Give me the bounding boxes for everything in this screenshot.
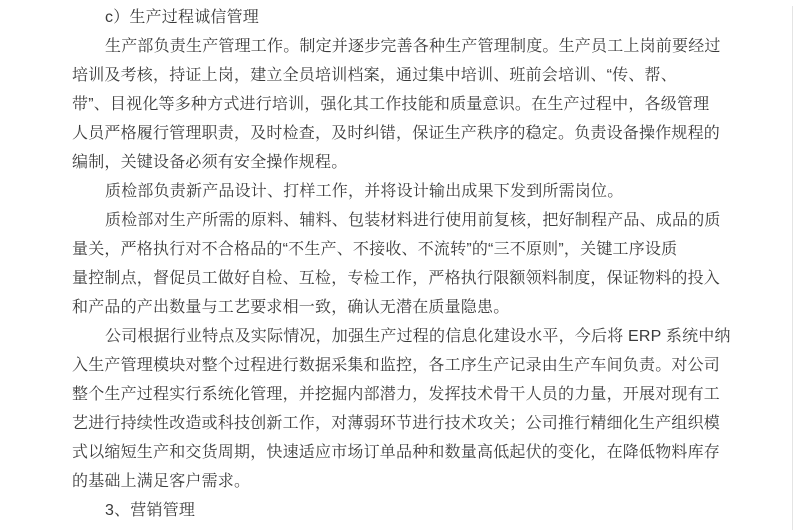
text-line: 3、营销管理 <box>72 496 732 525</box>
text-line: 艺进行持续性改造或科技创新工作，对薄弱环节进行技术攻关；公司推行精细化生产组织模 <box>72 409 732 438</box>
text-line: 公司根据行业特点及实际情况，加强生产过程的信息化建设水平，今后将 ERP 系统中… <box>72 322 732 351</box>
text-line: 生产部负责生产管理工作。制定并逐步完善各种生产管理制度。生产员工上岗前要经过 <box>72 32 732 61</box>
text-line: 带”、目视化等多种方式进行培训，强化其工作技能和质量意识。在生产过程中，各级管理 <box>72 90 732 119</box>
text-line: 式以缩短生产和交货周期，快速适应市场订单品种和数量高低起伏的变化，在降低物料库存 <box>72 438 732 467</box>
text-line: 入生产管理模块对整个过程进行数据采集和监控，各工序生产记录由生产车间负责。对公司 <box>72 351 732 380</box>
text-line: 质检部对生产所需的原料、辅料、包装材料进行使用前复核，把好制程产品、成品的质 <box>72 206 732 235</box>
page-edge-divider <box>792 6 793 530</box>
text-line: 培训及考核，持证上岗，建立全员培训档案，通过集中培训、班前会培训、“传、帮、 <box>72 61 732 90</box>
document-page: c）生产过程诚信管理生产部负责生产管理工作。制定并逐步完善各种生产管理制度。生产… <box>0 0 797 530</box>
text-line: 量控制点，督促员工做好自检、互检，专检工作，严格执行限额领料制度，保证物料的投入 <box>72 264 732 293</box>
text-line: 人员严格履行管理职责，及时检查，及时纠错，保证生产秩序的稳定。负责设备操作规程的 <box>72 119 732 148</box>
text-line: 整个生产过程实行系统化管理，并挖掘内部潜力，发挥技术骨干人员的力量，开展对现有工 <box>72 380 732 409</box>
text-line: 的基础上满足客户需求。 <box>72 467 732 496</box>
text-line: 编制，关键设备必须有安全操作规程。 <box>72 148 732 177</box>
text-line: 质检部负责新产品设计、打样工作，并将设计输出成果下发到所需岗位。 <box>72 177 732 206</box>
text-line: c）生产过程诚信管理 <box>72 3 732 32</box>
text-line: 量关，严格执行对不合格品的“不生产、不接收、不流转”的“三不原则”，关键工序设质 <box>72 235 732 264</box>
document-text-block: c）生产过程诚信管理生产部负责生产管理工作。制定并逐步完善各种生产管理制度。生产… <box>72 3 732 525</box>
text-line: 和产品的产出数量与工艺要求相一致，确认无潜在质量隐患。 <box>72 293 732 322</box>
